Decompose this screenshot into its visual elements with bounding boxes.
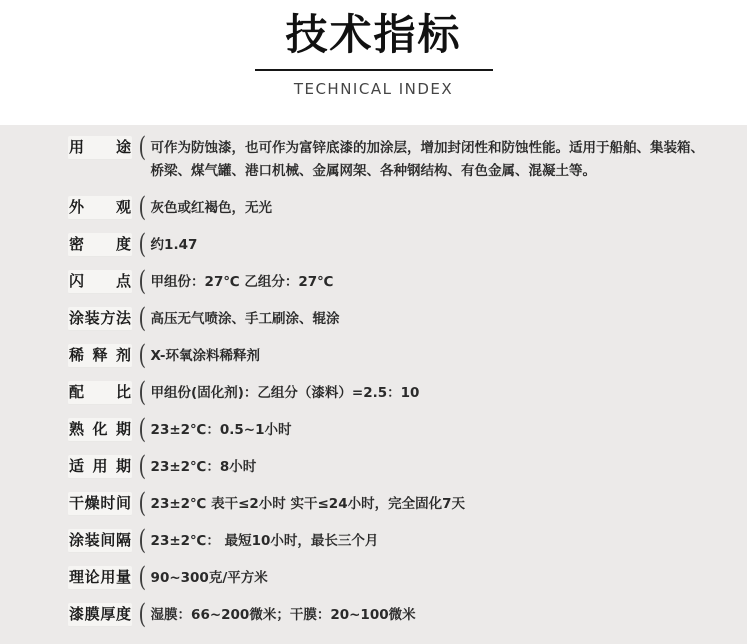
spec-row: 配比 ( 甲组份(固化剂)：乙组分（漆料）=2.5：10 [68, 381, 711, 405]
spec-row: 外观 ( 灰色或红褐色，无光 [68, 196, 711, 220]
spec-row: 干燥时间 ( 23±2℃ 表干≤2小时 实干≤24小时，完全固化7天 [68, 492, 711, 516]
spec-label: 漆膜厚度 [68, 603, 132, 627]
spec-label: 稀释剂 [68, 344, 132, 368]
page-title: 技术指标 [285, 8, 461, 62]
open-paren-glyph: ( [138, 136, 146, 159]
spec-row: 理论用量 ( 90~300克/平方米 [68, 566, 711, 590]
spec-label: 闪点 [68, 270, 132, 294]
spec-label: 涂装间隔 [68, 529, 132, 553]
spec-row: 涂装方法 ( 高压无气喷涂、手工刷涂、辊涂 [68, 307, 711, 331]
open-paren-glyph: ( [138, 492, 146, 515]
spec-row: 用途 ( 可作为防蚀漆，也可作为富锌底漆的加涂层，增加封闭性和防蚀性能。适用于船… [68, 136, 711, 183]
spec-row: 适用期 ( 23±2℃：8小时 [68, 455, 711, 479]
open-paren-glyph: ( [138, 529, 146, 552]
spec-value: 约1.47 [151, 233, 711, 257]
spec-value: 可作为防蚀漆，也可作为富锌底漆的加涂层，增加封闭性和防蚀性能。适用于船舶、集装箱… [151, 136, 711, 183]
spec-value: 23±2℃： 最短10小时，最长三个月 [151, 529, 711, 553]
spec-row: 稀释剂 ( X-环氧涂料稀释剂 [68, 344, 711, 368]
open-paren-glyph: ( [138, 270, 146, 293]
spec-row: 闪点 ( 甲组份：27℃ 乙组分：27℃ [68, 270, 711, 294]
title-underline [255, 69, 493, 71]
spec-value: 甲组份：27℃ 乙组分：27℃ [151, 270, 711, 294]
open-paren-glyph: ( [138, 344, 146, 367]
spec-label: 配比 [68, 381, 132, 405]
open-paren-glyph: ( [138, 307, 146, 330]
spec-value: 高压无气喷涂、手工刷涂、辊涂 [151, 307, 711, 331]
open-paren-glyph: ( [138, 381, 146, 404]
spec-value: 灰色或红褐色，无光 [151, 196, 711, 220]
spec-value: 湿膜：66~200微米；干膜：20~100微米 [151, 603, 711, 627]
open-paren-glyph: ( [138, 603, 146, 626]
spec-row: 漆膜厚度 ( 湿膜：66~200微米；干膜：20~100微米 [68, 603, 711, 627]
spec-value: X-环氧涂料稀释剂 [151, 344, 711, 368]
spec-label: 外观 [68, 196, 132, 220]
page-header: 技术指标 TECHNICAL INDEX [0, 0, 747, 125]
spec-value: 23±2℃：8小时 [151, 455, 711, 479]
open-paren-glyph: ( [138, 455, 146, 478]
open-paren-glyph: ( [138, 418, 146, 441]
open-paren-glyph: ( [138, 233, 146, 256]
spec-row: 密度 ( 约1.47 [68, 233, 711, 257]
spec-label: 熟化期 [68, 418, 132, 442]
spec-value: 23±2℃：0.5~1小时 [151, 418, 711, 442]
spec-label: 干燥时间 [68, 492, 132, 516]
spec-label: 理论用量 [68, 566, 132, 590]
spec-value: 甲组份(固化剂)：乙组分（漆料）=2.5：10 [151, 381, 711, 405]
spec-label: 涂装方法 [68, 307, 132, 331]
spec-label: 适用期 [68, 455, 132, 479]
open-paren-glyph: ( [138, 566, 146, 589]
spec-value: 90~300克/平方米 [151, 566, 711, 590]
page-subtitle: TECHNICAL INDEX [294, 80, 453, 98]
open-paren-glyph: ( [138, 196, 146, 219]
spec-label: 用途 [68, 136, 132, 160]
spec-value: 23±2℃ 表干≤2小时 实干≤24小时，完全固化7天 [151, 492, 711, 516]
spec-label: 密度 [68, 233, 132, 257]
spec-panel: 用途 ( 可作为防蚀漆，也可作为富锌底漆的加涂层，增加封闭性和防蚀性能。适用于船… [0, 125, 747, 644]
spec-row: 熟化期 ( 23±2℃：0.5~1小时 [68, 418, 711, 442]
spec-row: 涂装间隔 ( 23±2℃： 最短10小时，最长三个月 [68, 529, 711, 553]
